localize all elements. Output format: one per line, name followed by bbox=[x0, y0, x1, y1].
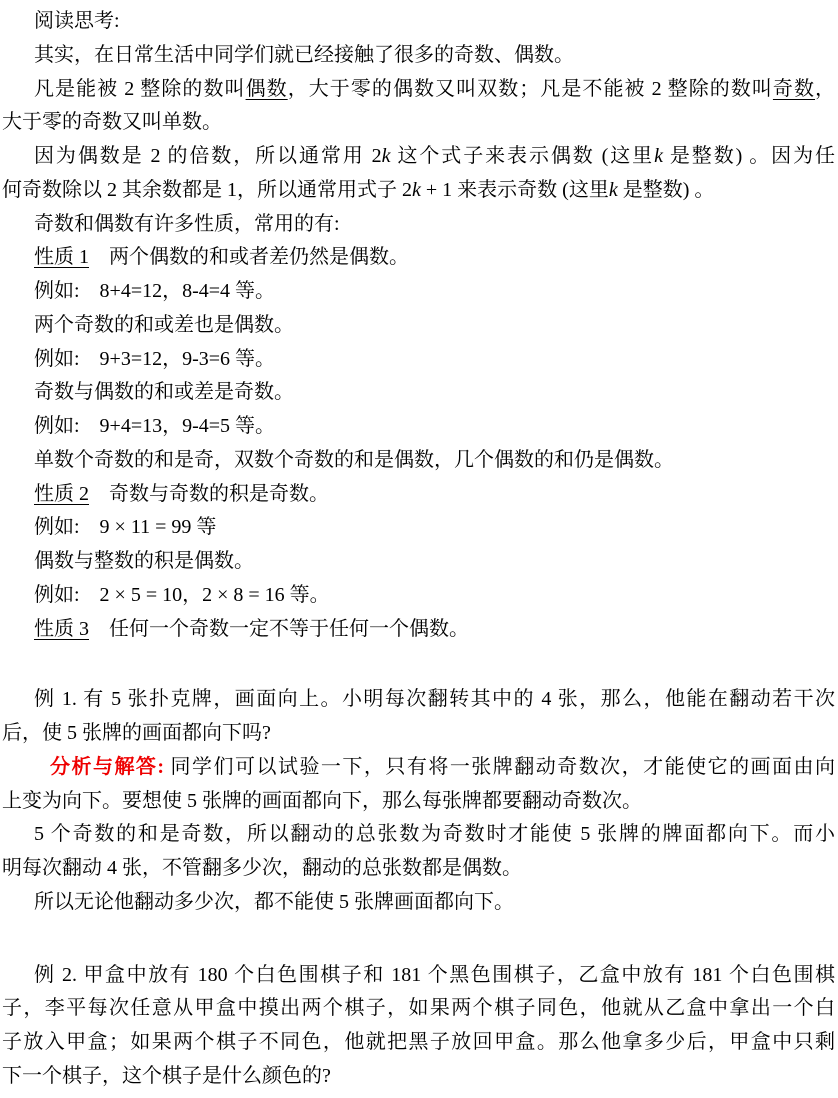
text-segment: 两个偶数的和或者差仍然是偶数。 bbox=[89, 246, 409, 268]
text-segment: 明每次翻动 4 张，不管翻多少次，翻动的总张数都是偶数。 bbox=[2, 857, 522, 879]
text-segment: 同学们可以试验一下，只有将一张牌翻动奇数次，才能使它的画面由向 bbox=[164, 756, 835, 778]
text-line: 何奇数除以 2 其余数都是 1，所以通常用式子 2k + 1 来表示奇数 (这里… bbox=[0, 174, 838, 208]
document-body: 阅读思考:其实，在日常生活中同学们就已经接触了很多的奇数、偶数。凡是能被 2 整… bbox=[0, 5, 838, 1094]
text-segment: ， bbox=[815, 78, 835, 100]
text-line: 例如: 2 × 5 = 10，2 × 8 = 16 等。 bbox=[0, 579, 838, 613]
text-segment: 是整数) 。 bbox=[618, 179, 715, 201]
text-segment: ，大于零的偶数又叫双数；凡是不能被 2 整除的数叫 bbox=[288, 78, 773, 100]
underlined-term: 奇数 bbox=[773, 78, 815, 100]
text-segment: 两个奇数的和或差也是偶数。 bbox=[34, 314, 294, 336]
text-segment: 例如: 9+3=12，9-3=6 等。 bbox=[34, 348, 275, 370]
text-line: 偶数与整数的积是偶数。 bbox=[0, 545, 838, 579]
text-segment: 奇数与奇数的积是奇数。 bbox=[89, 483, 329, 505]
text-segment: 奇数和偶数有许多性质，常用的有: bbox=[34, 213, 340, 235]
text-segment: 例如: 9+4=13，9-4=5 等。 bbox=[34, 415, 275, 437]
text-segment: 是整数) 。因为任 bbox=[663, 145, 835, 167]
text-line: 例如: 9 × 11 = 99 等 bbox=[0, 511, 838, 545]
text-line: 例如: 9+3=12，9-3=6 等。 bbox=[0, 343, 838, 377]
text-line: 性质 1 两个偶数的和或者差仍然是偶数。 bbox=[0, 241, 838, 275]
document: 阅读思考:其实，在日常生活中同学们就已经接触了很多的奇数、偶数。凡是能被 2 整… bbox=[0, 0, 838, 1098]
document-page: { "colors": { "background": "#ffffff", "… bbox=[0, 0, 838, 1098]
math-variable: k bbox=[382, 145, 391, 167]
math-variable: k bbox=[654, 145, 663, 167]
blank-line bbox=[0, 646, 838, 683]
blank-line bbox=[0, 920, 838, 959]
text-line: 大于零的奇数又叫单数。 bbox=[0, 106, 838, 140]
math-variable: k bbox=[412, 179, 421, 201]
text-segment: + 1 来表示奇数 (这里 bbox=[421, 179, 609, 201]
text-line: 上变为向下。要想使 5 张牌的画面都向下，那么每张牌都要翻动奇数次。 bbox=[0, 785, 838, 819]
text-segment: 阅读思考: bbox=[34, 10, 120, 32]
text-segment: 例 2. 甲盒中放有 180 个白色围棋子和 181 个黑色围棋子，乙盒中放有 … bbox=[34, 964, 835, 986]
text-line: 5 个奇数的和是奇数，所以翻动的总张数为奇数时才能使 5 张牌的牌面都向下。而小 bbox=[0, 818, 838, 852]
text-segment: 这个式子来表示偶数 (这里 bbox=[391, 145, 655, 167]
underlined-term: 性质 1 bbox=[34, 246, 89, 268]
text-segment: 其实，在日常生活中同学们就已经接触了很多的奇数、偶数。 bbox=[34, 44, 574, 66]
text-line: 下一个棋子，这个棋子是什么颜色的? bbox=[0, 1060, 838, 1094]
text-line: 性质 3 任何一个奇数一定不等于任何一个偶数。 bbox=[0, 613, 838, 647]
underlined-term: 性质 2 bbox=[34, 483, 89, 505]
text-line: 明每次翻动 4 张，不管翻多少次，翻动的总张数都是偶数。 bbox=[0, 852, 838, 886]
text-line: 例如: 9+4=13，9-4=5 等。 bbox=[0, 410, 838, 444]
underlined-term: 性质 3 bbox=[34, 618, 89, 640]
text-segment: 所以无论他翻动多少次，都不能使 5 张牌画面都向下。 bbox=[34, 891, 514, 913]
text-segment: 后，使 5 张牌的画面都向下吗? bbox=[2, 722, 271, 744]
text-segment: 凡是能被 2 整除的数叫 bbox=[34, 78, 246, 100]
text-segment: 5 个奇数的和是奇数，所以翻动的总张数为奇数时才能使 5 张牌的牌面都向下。而小 bbox=[34, 823, 835, 845]
text-line: 子，李平每次任意从甲盒中摸出两个棋子，如果两个棋子同色，他就从乙盒中拿出一个白 bbox=[0, 992, 838, 1026]
text-segment: 何奇数除以 2 其余数都是 1，所以通常用式子 2 bbox=[2, 179, 412, 201]
text-line: 凡是能被 2 整除的数叫偶数，大于零的偶数又叫双数；凡是不能被 2 整除的数叫奇… bbox=[0, 73, 838, 107]
text-line: 例 1. 有 5 张扑克牌，画面向上。小明每次翻转其中的 4 张，那么，他能在翻… bbox=[0, 683, 838, 717]
text-line: 奇数与偶数的和或差是奇数。 bbox=[0, 376, 838, 410]
text-segment: 因为偶数是 2 的倍数，所以通常用 2 bbox=[34, 145, 382, 167]
text-line: 例如: 8+4=12，8-4=4 等。 bbox=[0, 275, 838, 309]
text-segment: 子放入甲盒；如果两个棋子不同色，他就把黑子放回甲盒。那么他拿多少后，甲盒中只剩 bbox=[2, 1031, 835, 1053]
text-line: 奇数和偶数有许多性质，常用的有: bbox=[0, 208, 838, 242]
text-segment: 单数个奇数的和是奇，双数个奇数的和是偶数，几个偶数的和仍是偶数。 bbox=[34, 449, 674, 471]
analysis-answer-label: 分析与解答: bbox=[50, 756, 164, 778]
text-line: 阅读思考: bbox=[0, 5, 838, 39]
text-segment: 奇数与偶数的和或差是奇数。 bbox=[34, 381, 294, 403]
text-segment: 例如: 8+4=12，8-4=4 等。 bbox=[34, 280, 275, 302]
text-segment: 任何一个奇数一定不等于任何一个偶数。 bbox=[89, 618, 469, 640]
text-line: 所以无论他翻动多少次，都不能使 5 张牌画面都向下。 bbox=[0, 886, 838, 920]
text-line: 性质 2 奇数与奇数的积是奇数。 bbox=[0, 478, 838, 512]
underlined-term: 偶数 bbox=[246, 78, 288, 100]
text-segment: 偶数与整数的积是偶数。 bbox=[34, 550, 254, 572]
text-segment: 例如: 9 × 11 = 99 等 bbox=[34, 516, 216, 538]
math-variable: k bbox=[609, 179, 618, 201]
text-segment: 上变为向下。要想使 5 张牌的画面都向下，那么每张牌都要翻动奇数次。 bbox=[2, 790, 642, 812]
text-segment: 子，李平每次任意从甲盒中摸出两个棋子，如果两个棋子同色，他就从乙盒中拿出一个白 bbox=[2, 997, 835, 1019]
text-segment: 下一个棋子，这个棋子是什么颜色的? bbox=[2, 1065, 331, 1087]
text-line: 后，使 5 张牌的画面都向下吗? bbox=[0, 717, 838, 751]
text-line: 其实，在日常生活中同学们就已经接触了很多的奇数、偶数。 bbox=[0, 39, 838, 73]
text-line: 分析与解答: 同学们可以试验一下，只有将一张牌翻动奇数次，才能使它的画面由向 bbox=[0, 751, 838, 785]
text-line: 子放入甲盒；如果两个棋子不同色，他就把黑子放回甲盒。那么他拿多少后，甲盒中只剩 bbox=[0, 1026, 838, 1060]
text-line: 两个奇数的和或差也是偶数。 bbox=[0, 309, 838, 343]
text-line: 因为偶数是 2 的倍数，所以通常用 2k 这个式子来表示偶数 (这里k 是整数)… bbox=[0, 140, 838, 174]
text-segment: 大于零的奇数又叫单数。 bbox=[2, 111, 222, 133]
text-line: 单数个奇数的和是奇，双数个奇数的和是偶数，几个偶数的和仍是偶数。 bbox=[0, 444, 838, 478]
text-segment: 例如: 2 × 5 = 10，2 × 8 = 16 等。 bbox=[34, 584, 330, 606]
text-segment: 例 1. 有 5 张扑克牌，画面向上。小明每次翻转其中的 4 张，那么，他能在翻… bbox=[34, 688, 835, 710]
text-line: 例 2. 甲盒中放有 180 个白色围棋子和 181 个黑色围棋子，乙盒中放有 … bbox=[0, 959, 838, 993]
